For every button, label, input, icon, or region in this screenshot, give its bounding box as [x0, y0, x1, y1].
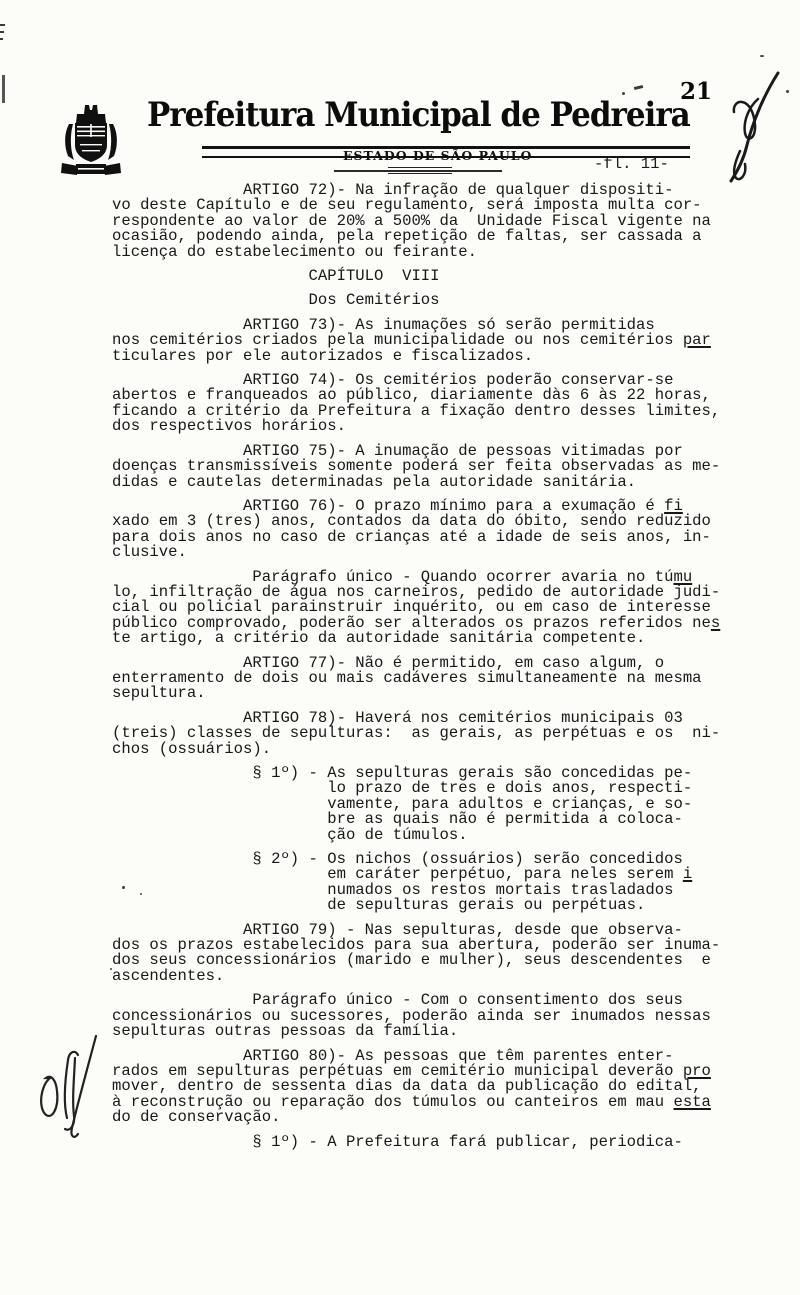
paragraph-artigo-75: ARTIGO 75)- A inumação de pessoas vitima… — [112, 444, 762, 490]
hyphenation-underline: esta — [673, 1093, 710, 1111]
text-line: enterramento de dois ou mais cadáveres s… — [112, 671, 762, 686]
document-subtitle: ESTADO DE SÃO PAULO — [343, 148, 532, 163]
hyphenation-underline: i — [683, 865, 692, 883]
paragraph-artigo-78: ARTIGO 78)- Haverá nos cemitérios munici… — [112, 711, 762, 757]
ink-speck — [634, 85, 643, 90]
paragraph-artigo-79: ARTIGO 79) - Nas sepulturas, desde que o… — [112, 923, 762, 985]
text-line: § 1º) - A Prefeitura fará publicar, peri… — [112, 1135, 762, 1150]
paragraph-paragrafo-1-art78: § 1º) - As sepulturas gerais são concedi… — [112, 766, 762, 843]
ink-speck — [760, 55, 764, 57]
paragraph-artigo-72: ARTIGO 72)- Na infração de qualquer disp… — [112, 183, 762, 260]
text-line: clusive. — [112, 545, 762, 560]
text-line: didas e cautelas determinadas pela autor… — [112, 475, 762, 490]
text-line: dos respectivos horários. — [112, 419, 762, 434]
text-line: para dois anos no caso de crianças até a… — [112, 530, 762, 545]
paragraph-paragrafo-unico-art79: Parágrafo único - Com o consentimento do… — [112, 993, 762, 1039]
paragraph-paragrafo-2-art78: § 2º) - Os nichos (ossuários) serão conc… — [112, 852, 762, 914]
paragraph-artigo-74: ARTIGO 74)- Os cemitérios poderão conser… — [112, 373, 762, 435]
text-line: ticulares por ele autorizados e fiscaliz… — [112, 349, 762, 364]
text-line: sepultura. — [112, 686, 762, 701]
text-line: ção de túmulos. — [112, 828, 762, 843]
document-title: Prefeitura Municipal de Pedreira — [147, 96, 690, 135]
scan-artifact-tick — [0, 38, 3, 40]
ink-speck — [786, 90, 789, 93]
text-line: chos (ossuários). — [112, 742, 762, 757]
subtitle-underline-ornament — [388, 167, 452, 174]
margin-initials-icon — [28, 1028, 108, 1143]
scanned-document-page: Prefeitura Municipal de Pedreira ESTADO … — [0, 0, 800, 1295]
signature-flourish-icon — [698, 55, 790, 193]
municipal-coat-of-arms-icon — [60, 100, 122, 184]
ink-speck — [622, 92, 625, 95]
paragraph-paragrafo-unico-art76: Parágrafo único - Quando ocorrer avaria … — [112, 570, 762, 647]
scan-artifact-tick — [0, 31, 4, 33]
folio-number: -fl. 11- — [594, 155, 669, 173]
scan-artifact-tick — [0, 24, 5, 26]
paragraph-artigo-76: ARTIGO 76)- O prazo mínimo para a exumaç… — [112, 499, 762, 561]
scan-artifact-bar — [2, 75, 5, 103]
paragraph-artigo-80: ARTIGO 80)- As pessoas que têm parentes … — [112, 1049, 762, 1126]
hyphenation-underline: par — [683, 331, 711, 349]
text-line: ascendentes. — [112, 969, 762, 984]
paragraph-paragrafo-1-art80: § 1º) - A Prefeitura fará publicar, peri… — [112, 1135, 762, 1150]
text-line: licença do estabelecimento ou feirante. — [112, 245, 762, 260]
text-line: sepulturas outras pessoas da família. — [112, 1024, 762, 1039]
text-line: de sepulturas gerais ou perpétuas. — [112, 898, 762, 913]
text-line: CAPÍTULO VIII — [112, 269, 762, 284]
paragraph-artigo-73: ARTIGO 73)- As inumações só serão permit… — [112, 318, 762, 364]
paragraph-artigo-77: ARTIGO 77)- Não é permitido, em caso alg… — [112, 656, 762, 702]
paragraph-capitulo-viii-heading: CAPÍTULO VIII — [112, 269, 762, 284]
document-body: ARTIGO 72)- Na infração de qualquer disp… — [112, 183, 762, 1159]
hyphenation-underline: s — [711, 614, 720, 632]
text-line: Dos Cemitérios — [112, 293, 762, 308]
paragraph-dos-cemiterios-subheading: Dos Cemitérios — [112, 293, 762, 308]
text-line: do de conservação. — [112, 1110, 762, 1125]
text-line: te artigo, a critério da autoridade sani… — [112, 631, 762, 646]
